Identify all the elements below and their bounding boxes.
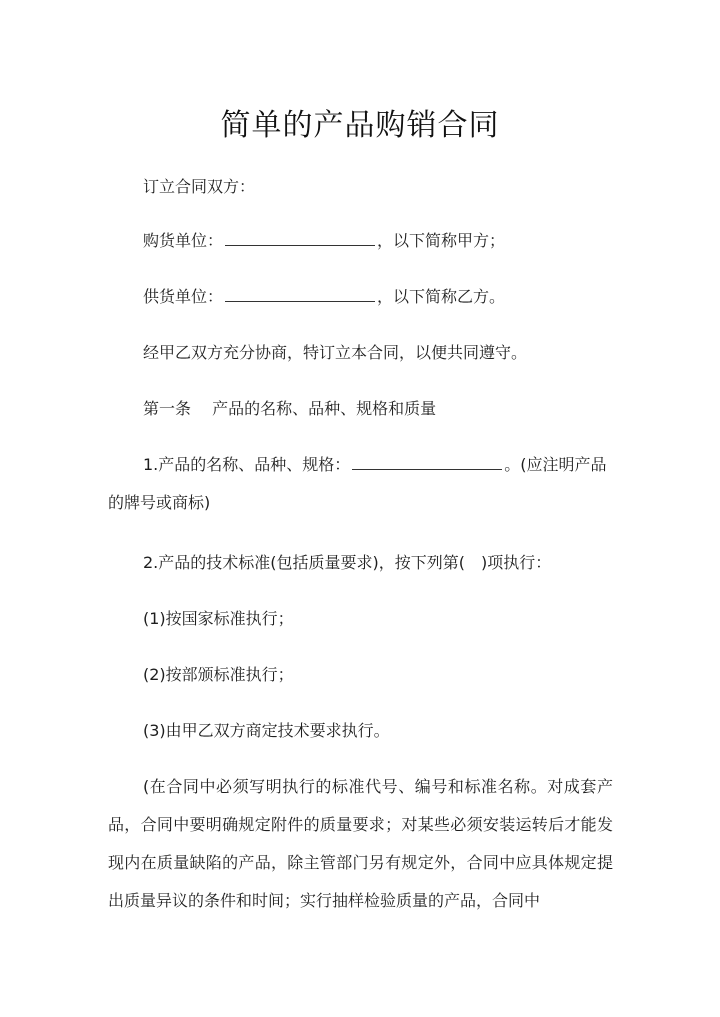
buyer-line: 购货单位：，以下简称甲方； <box>108 222 613 260</box>
item1-label: 1.产品的名称、品种、规格： <box>143 455 350 474</box>
document-title: 简单的产品购销合同 <box>0 100 720 144</box>
agreement-paragraph: 经甲乙双方充分协商，特订立本合同，以便共同遵守。 <box>108 334 613 372</box>
parties-intro: 订立合同双方： <box>108 168 613 206</box>
seller-line: 供货单位：，以下简称乙方。 <box>108 278 613 316</box>
item1-paragraph: 1.产品的名称、品种、规格：。(应注明产品的牌号或商标) <box>108 446 613 522</box>
option1: (1)按国家标准执行； <box>108 600 613 638</box>
article1-heading: 第一条 产品的名称、品种、规格和质量 <box>108 390 613 428</box>
option3: (3)由甲乙双方商定技术要求执行。 <box>108 712 613 750</box>
document-page: 简单的产品购销合同 订立合同双方： 购货单位：，以下简称甲方； 供货单位：，以下… <box>0 0 720 1017</box>
seller-blank-field[interactable] <box>225 287 375 302</box>
seller-label: 供货单位： <box>143 287 223 306</box>
option2: (2)按部颁标准执行； <box>108 656 613 694</box>
seller-suffix: ，以下简称乙方。 <box>377 287 505 306</box>
item2-paragraph: 2.产品的技术标准(包括质量要求)，按下列第( )项执行： <box>108 544 613 582</box>
buyer-label: 购货单位： <box>143 231 223 250</box>
buyer-suffix: ，以下简称甲方； <box>377 231 505 250</box>
buyer-blank-field[interactable] <box>225 231 375 246</box>
note-paragraph: (在合同中必须写明执行的标准代号、编号和标准名称。对成套产品，合同中要明确规定附… <box>108 768 613 920</box>
product-name-blank-field[interactable] <box>352 455 502 470</box>
